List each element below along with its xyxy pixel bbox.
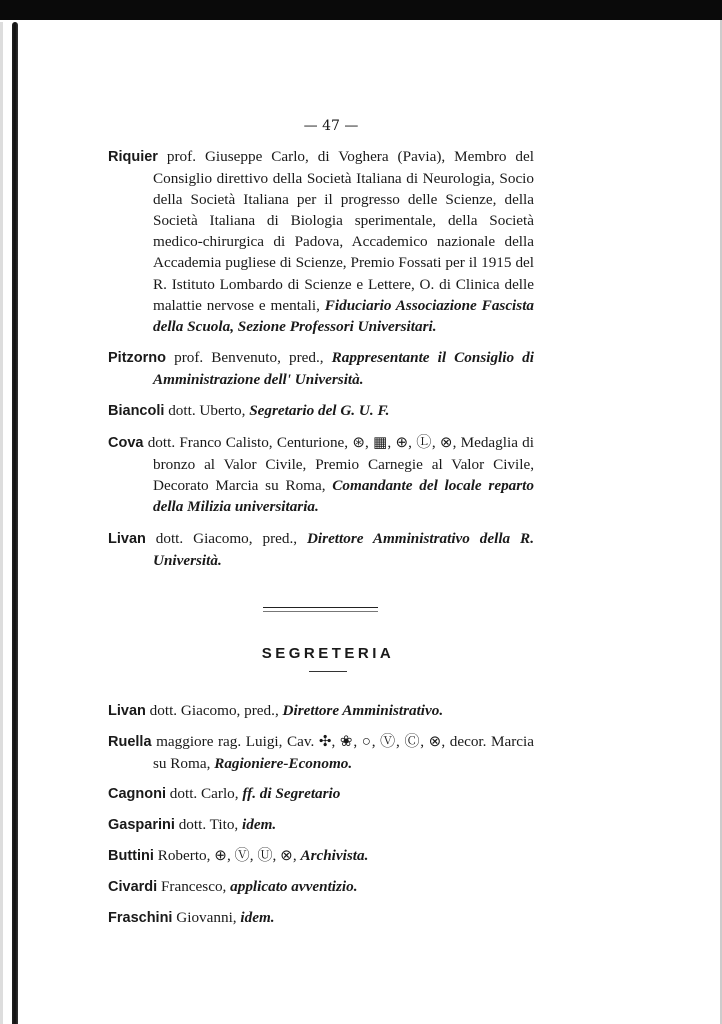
entry-name: Ruella (108, 734, 152, 750)
book-binding-shadow (12, 22, 18, 1024)
entry-text: prof. Benvenuto, pred., (166, 349, 332, 366)
entry-text: dott. Giacomo, pred., (146, 530, 307, 547)
scan-top-border (0, 0, 722, 20)
entry-name: Cagnoni (108, 786, 166, 802)
entry-text: Francesco, (157, 878, 230, 895)
entry-role: Ragioniere-Economo. (214, 755, 352, 772)
entry-text: dott. Giacomo, pred., (146, 702, 283, 719)
entry-text: Giovanni, (172, 909, 240, 926)
entry-biancoli: Biancoli dott. Uberto, Segretario del G.… (108, 400, 534, 422)
page-number: — 47 — (128, 118, 534, 136)
scan-left-margin (0, 22, 3, 1024)
entry-buttini: Buttini Roberto, ⊕, Ⓥ, Ⓤ, ⊗, Archivista. (108, 845, 534, 867)
entry-cagnoni: Cagnoni dott. Carlo, ff. di Segretario (108, 783, 534, 805)
entry-role: applicato avventizio. (230, 878, 357, 895)
entry-name: Pitzorno (108, 350, 166, 366)
entry-name: Fraschini (108, 910, 172, 926)
entry-text: prof. Giuseppe Carlo, di Voghera (Pavia)… (153, 148, 534, 314)
staff-list: Riquier prof. Giuseppe Carlo, di Voghera… (108, 146, 534, 571)
entry-text: dott. Uberto, (164, 402, 249, 419)
document-page: — 47 — Riquier prof. Giuseppe Carlo, di … (108, 118, 534, 938)
entry-gasparini: Gasparini dott. Tito, idem. (108, 814, 534, 836)
section-title: SEGRETERIA (122, 645, 534, 662)
section-title-rule (309, 671, 347, 672)
entry-text: dott. Tito, (175, 816, 242, 833)
entry-name: Cova (108, 435, 143, 451)
entry-livan: Livan dott. Giacomo, pred., Direttore Am… (108, 528, 534, 571)
entry-name: Biancoli (108, 403, 164, 419)
entry-cova: Cova dott. Franco Calisto, Centurione, ⊛… (108, 432, 534, 517)
section-separator (263, 607, 378, 612)
entry-role: Segretario del G. U. F. (249, 402, 389, 419)
entry-pitzorno: Pitzorno prof. Benvenuto, pred., Rappres… (108, 347, 534, 390)
entry-name: Livan (108, 703, 146, 719)
entry-name: Livan (108, 531, 146, 547)
entry-name: Gasparini (108, 817, 175, 833)
entry-riquier: Riquier prof. Giuseppe Carlo, di Voghera… (108, 146, 534, 337)
entry-fraschini: Fraschini Giovanni, idem. (108, 907, 534, 929)
entry-livan-segreteria: Livan dott. Giacomo, pred., Direttore Am… (108, 700, 534, 722)
entry-text: Roberto, ⊕, Ⓥ, Ⓤ, ⊗, (154, 847, 301, 864)
entry-ruella: Ruella maggiore rag. Luigi, Cav. ✣, ❀, ○… (108, 731, 534, 774)
entry-role: Direttore Amministrativo. (283, 702, 444, 719)
entry-name: Civardi (108, 879, 157, 895)
entry-text: dott. Carlo, (166, 785, 242, 802)
entry-civardi: Civardi Francesco, applicato avventizio. (108, 876, 534, 898)
entry-role: Archivista. (300, 847, 368, 864)
entry-name: Riquier (108, 149, 158, 165)
entry-role: ff. di Segretario (242, 785, 340, 802)
entry-role: idem. (240, 909, 274, 926)
entry-name: Buttini (108, 848, 154, 864)
entry-role: idem. (242, 816, 276, 833)
segreteria-list: Livan dott. Giacomo, pred., Direttore Am… (108, 700, 534, 930)
